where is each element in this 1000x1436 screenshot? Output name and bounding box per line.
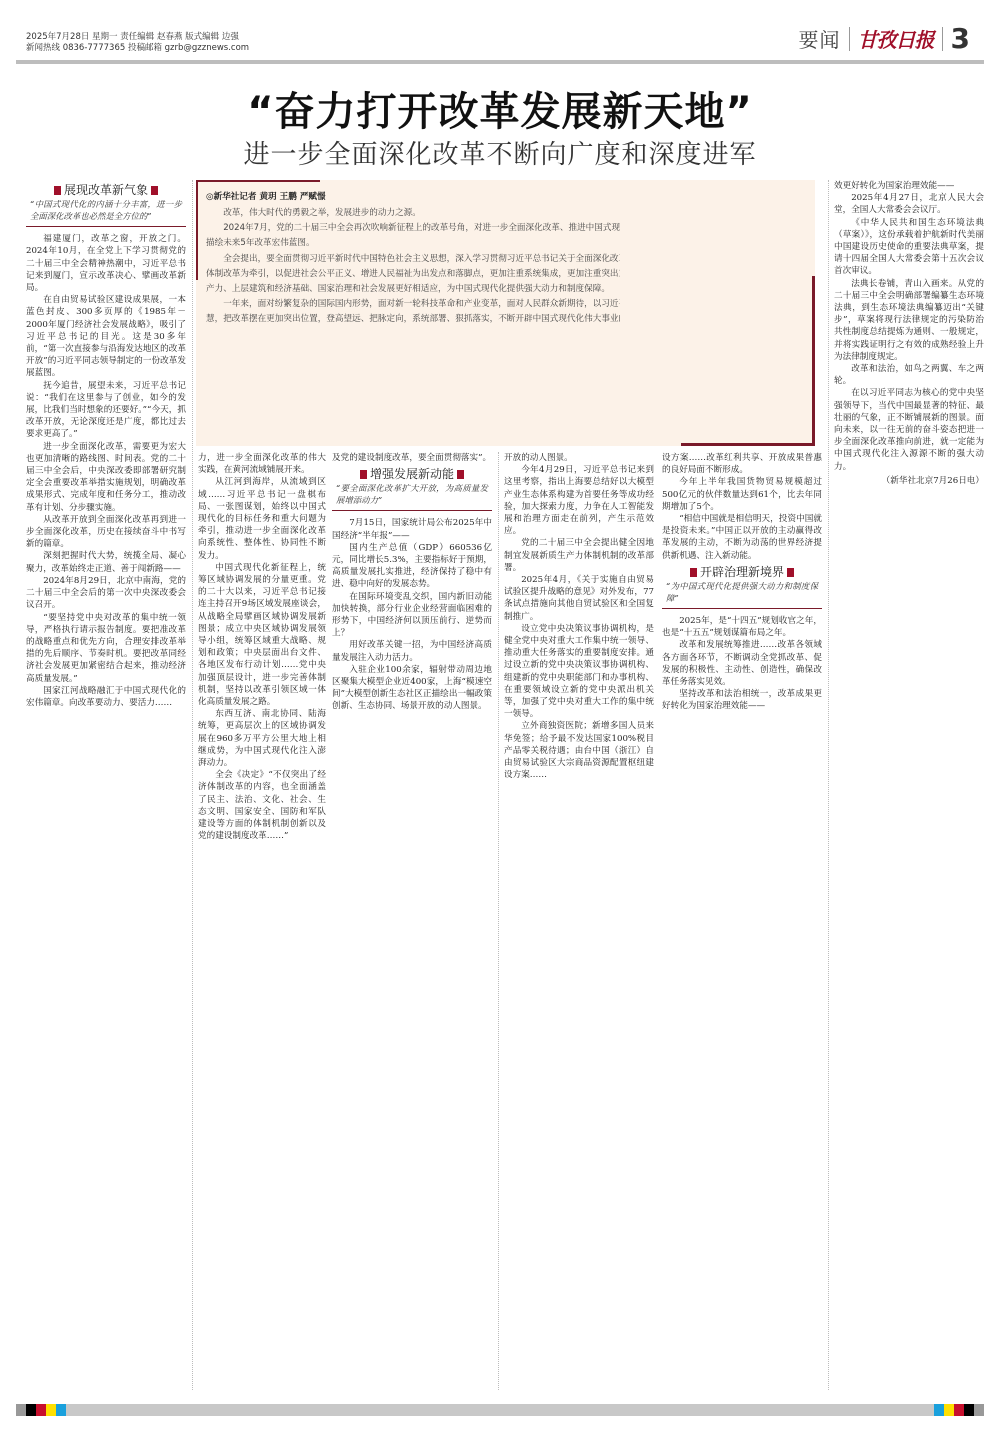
frame-accent — [681, 443, 815, 446]
paragraph: 国内生产总值（GDP）660536亿元，同比增长5.3%，主要指标好于预期，高质… — [332, 542, 492, 591]
paragraph: 设立党中央决策议事协调机构，是健全党中央对重大工作集中统一领导、推动重大任务落实… — [504, 623, 654, 721]
column-divider — [498, 452, 499, 1390]
color-swatch-cyan — [934, 1404, 944, 1416]
column-divider — [828, 180, 829, 1390]
paragraph: 国家江河战略融汇于中国式现代化的宏伟篇章。向改革要动力、要活力…… — [26, 685, 186, 709]
paragraph: 法典长卷铺，青山入画来。从党的二十届三中全会明确部署编纂生态环境法典，到生态环境… — [834, 278, 984, 363]
paragraph: 东西互济、南北协同、陆海统筹，更高层次上的区域协调发展在960多万平方公里大地上… — [198, 708, 326, 769]
paragraph: 从江河到海岸，从流域到区域……习近平总书记一盘棋布局、一张图谋划，始终以中国式现… — [198, 476, 326, 561]
frame-accent — [196, 180, 198, 280]
paragraph: 在自由贸易试验区建设成果展，一本蓝色封皮、300多页厚的《1985年－2000年… — [26, 294, 186, 379]
paragraph: 2025年4月27日，北京人民大会堂，全国人大常委会会议厅。 — [834, 192, 984, 216]
article-column-5: 设方案……改革红利共享、开放成果普惠的良好局面不断形成。 今年上半年我国货物贸易… — [662, 452, 822, 1390]
color-swatch-yellow — [46, 1404, 56, 1416]
section-quote: “中国式现代化的内涵十分丰富，进一步全面深化改革也必然是全方位的” — [26, 198, 186, 227]
paragraph: 改革和法治，如鸟之两翼、车之两轮。 — [834, 363, 984, 387]
masthead-rule — [16, 60, 984, 64]
paragraph: 抚今追昔，展望未来，习近平总书记说：“我们在这里参与了创业，如今的发展，比我们当… — [26, 380, 186, 441]
section-title: 增强发展新动能 — [370, 467, 454, 481]
square-marker-icon — [787, 568, 794, 577]
color-swatch-black — [964, 1404, 974, 1416]
dateline: （新华社北京7月26日电） — [834, 475, 984, 487]
square-marker-icon — [54, 186, 61, 195]
paragraph: 设方案……改革红利共享、开放成果普惠的良好局面不断形成。 — [662, 452, 822, 476]
paragraph: 立外商独资医院；新增多国人员来华免签；给予最不发达国家100%税目产品零关税待遇… — [504, 720, 654, 781]
paragraph: 今年上半年我国货物贸易规模超过500亿元的伙伴数量达到61个，比去年同期增加了5… — [662, 476, 822, 513]
paragraph: 在以习近平同志为核心的党中央坚强领导下，当代中国最显著的特征、最壮丽的气象，正不… — [834, 387, 984, 472]
section-heading: 开辟治理新境界 — [662, 566, 822, 578]
frame-accent — [196, 180, 320, 182]
color-swatch-gray — [16, 1404, 26, 1416]
paragraph: 《中华人民共和国生态环境法典（草案）》，这份承载着护航新时代美丽中国建设历史使命… — [834, 217, 984, 278]
page-number: 3 — [951, 22, 970, 55]
article-column-1: 展现改革新气象 “中国式现代化的内涵十分丰富，进一步全面深化改革也必然是全方位的… — [26, 180, 186, 1390]
paragraph: 开放的动人图景。 — [504, 452, 654, 464]
date-editor-line: 2025年7月28日 星期一 责任编辑 赵春燕 版式编辑 边强 — [26, 32, 249, 43]
article-column-4: 开放的动人图景。 今年4月29日，习近平总书记来到这里考察，指出上海要总结好以大… — [504, 452, 654, 1390]
color-swatch-red — [954, 1404, 964, 1416]
square-marker-icon — [690, 568, 697, 577]
footer-rule — [16, 1404, 984, 1416]
divider — [849, 27, 850, 51]
contact-line: 新闻热线 0836-7777365 投稿邮箱 gzrb@gzznews.com — [26, 43, 249, 54]
lead-box-extension — [620, 180, 815, 446]
paragraph: 用好改革关键一招，为中国经济高质量发展注入动力活力。 — [332, 639, 492, 663]
paragraph: 党的二十届三中全会提出健全因地制宜发展新质生产力体制机制的改革部署。 — [504, 537, 654, 574]
byline: ◎新华社记者 黄玥 王鹏 严赋憬 — [206, 190, 326, 202]
paragraph: 在国际环境变乱交织，国内新旧动能加快转换，部分行业企业经营面临困难的形势下，中国… — [332, 591, 492, 640]
paragraph: 2025年，是“十四五”规划收官之年，也是“十五五”规划谋篇布局之年。 — [662, 615, 822, 639]
paragraph: 2025年4月，《关于实施自由贸易试验区提升战略的意见》对外发布，77条试点措施… — [504, 574, 654, 623]
masthead-brand: 要闻 甘孜日报 3 — [799, 22, 970, 55]
paragraph: “相信中国就是相信明天，投资中国就是投资未来。”中国正以开放的主动赢得改革发展的… — [662, 513, 822, 562]
color-swatch-black — [26, 1404, 36, 1416]
divider — [942, 27, 943, 51]
column-divider — [192, 180, 193, 1390]
section-label: 要闻 — [799, 24, 841, 53]
paragraph: 从改革开放到全面深化改革再到进一步全面深化改革，历史在接续奋斗中书写新的篇章。 — [26, 514, 186, 551]
section-heading: 展现改革新气象 — [26, 184, 186, 196]
square-marker-icon — [151, 186, 158, 195]
paragraph: 2024年8月29日，北京中南海，党的二十届三中全会后的第一次中央深改委会议召开… — [26, 575, 186, 612]
paragraph: 改革和发展统筹推进……改革各领域各方面各环节，不断调动全党抓改革、促发展的积极性… — [662, 639, 822, 688]
lead-box: ◎新华社记者 黄玥 王鹏 严赋憬 改革，伟大时代的勇毅之举，发展进步的动力之源。… — [196, 180, 620, 446]
section-quote: “为中国式现代化提供强大动力和制度保障” — [662, 580, 822, 609]
newspaper-logo: 甘孜日报 — [858, 24, 934, 53]
paragraph: 力，进一步全面深化改革的伟大实践，在黄河流域铺展开来。 — [198, 452, 326, 476]
masthead-info: 2025年7月28日 星期一 责任编辑 赵春燕 版式编辑 边强 新闻热线 083… — [26, 32, 249, 54]
paragraph: 深刻把握时代大势，统揽全局、凝心聚力，改革始终走正道、善于闯新路—— — [26, 550, 186, 574]
paragraph: 坚持改革和法治相统一，改革成果更好转化为国家治理效能—— — [662, 688, 822, 712]
paragraph: 进一步全面深化改革，需要更为宏大也更加清晰的路线图、时间表。党的二十届三中全会后… — [26, 441, 186, 514]
paragraph: 全会《决定》“不仅突出了经济体制改革的内容，也全面涵盖了民主、法治、文化、社会、… — [198, 769, 326, 842]
article-column-3: 及党的建设制度改革，要全面贯彻落实”。 增强发展新动能 “要全面深化改革扩大开放… — [332, 452, 492, 1390]
paragraph: 入驻企业100余家，辐射带动周边地区聚集大模型企业近400家，上海“模速空间”大… — [332, 664, 492, 713]
paragraph: 福建厦门，改革之窗，开放之门。2024年10月，在全党上下学习贯彻党的二十届三中… — [26, 233, 186, 294]
paragraph: 及党的建设制度改革，要全面贯彻落实”。 — [332, 452, 492, 464]
masthead: 2025年7月28日 星期一 责任编辑 赵春燕 版式编辑 边强 新闻热线 083… — [16, 0, 984, 64]
paragraph: “要坚持党中央对改革的集中统一领导，严格执行请示报告制度。要把准改革的战略重点和… — [26, 612, 186, 685]
paragraph: 7月15日，国家统计局公布2025年中国经济“半年报”—— — [332, 517, 492, 541]
page-title: “奋力打开改革发展新天地” — [0, 80, 1000, 137]
color-swatch-yellow — [944, 1404, 954, 1416]
paragraph: 今年4月29日，习近平总书记来到这里考察，指出上海要总结好以大模型产业生态体系构… — [504, 464, 654, 537]
section-title: 展现改革新气象 — [64, 183, 148, 197]
section-heading: 增强发展新动能 — [332, 468, 492, 480]
square-marker-icon — [360, 470, 367, 479]
section-title: 开辟治理新境界 — [700, 565, 784, 579]
paragraph: 中国式现代化新征程上，统筹区域协调发展的分量更重。党的二十大以来，习近平总书记接… — [198, 562, 326, 708]
color-swatch-gray — [974, 1404, 984, 1416]
square-marker-icon — [457, 470, 464, 479]
section-quote: “要全面深化改革扩大开放，为高质量发展增添动力” — [332, 482, 492, 511]
paragraph: 效更好转化为国家治理效能—— — [834, 180, 984, 192]
color-swatch-red — [36, 1404, 46, 1416]
article-column-6: 效更好转化为国家治理效能—— 2025年4月27日，北京人民大会堂，全国人大常委… — [834, 180, 984, 1390]
page-subtitle: 进一步全面深化改革不断向广度和深度进军 — [0, 134, 1000, 171]
frame-accent — [812, 276, 815, 446]
color-swatch-cyan — [56, 1404, 66, 1416]
article-column-2: 力，进一步全面深化改革的伟大实践，在黄河流域铺展开来。 从江河到海岸，从流域到区… — [198, 452, 326, 1390]
